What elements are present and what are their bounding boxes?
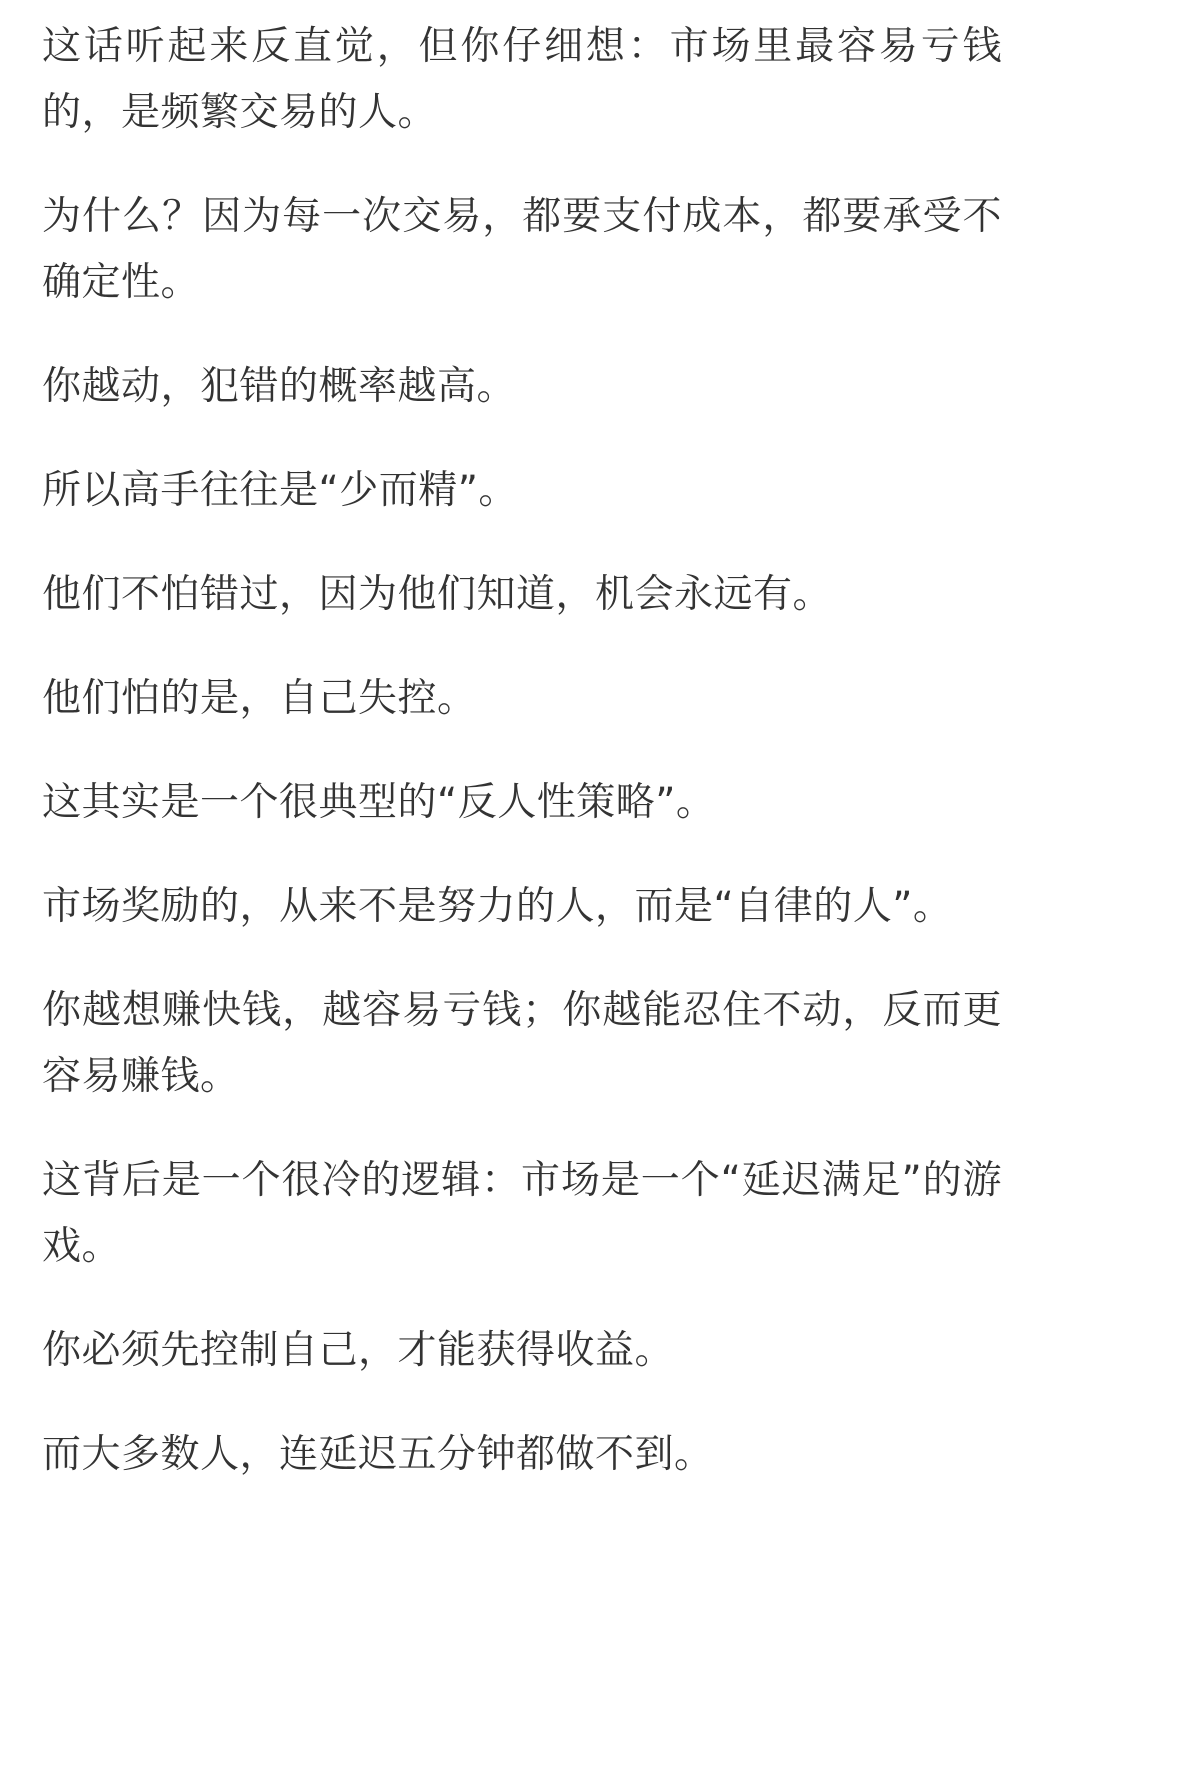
paragraph-12: 而大多数人，连延迟五分钟都做不到。 <box>42 1422 1002 1488</box>
paragraph-11: 你必须先控制自己，才能获得收益。 <box>42 1318 1002 1384</box>
paragraph-3: 你越动，犯错的概率越高。 <box>42 354 1002 420</box>
paragraph-2: 为什么？因为每一次交易，都要支付成本，都要承受不确定性。 <box>42 184 1002 316</box>
paragraph-6: 他们怕的是，自己失控。 <box>42 666 1002 732</box>
paragraph-4: 所以高手往往是“少而精”。 <box>42 458 1002 524</box>
article-body: 这话听起来反直觉，但你仔细想：市场里最容易亏钱的，是频繁交易的人。 为什么？因为… <box>42 14 1002 1526</box>
paragraph-8: 市场奖励的，从来不是努力的人，而是“自律的人”。 <box>42 874 1002 940</box>
paragraph-7: 这其实是一个很典型的“反人性策略”。 <box>42 770 1002 836</box>
paragraph-10: 这背后是一个很冷的逻辑：市场是一个“延迟满足”的游戏。 <box>42 1148 1002 1280</box>
paragraph-1: 这话听起来反直觉，但你仔细想：市场里最容易亏钱的，是频繁交易的人。 <box>42 14 1002 146</box>
paragraph-9: 你越想赚快钱，越容易亏钱；你越能忍住不动，反而更容易赚钱。 <box>42 978 1002 1110</box>
paragraph-5: 他们不怕错过，因为他们知道，机会永远有。 <box>42 562 1002 628</box>
